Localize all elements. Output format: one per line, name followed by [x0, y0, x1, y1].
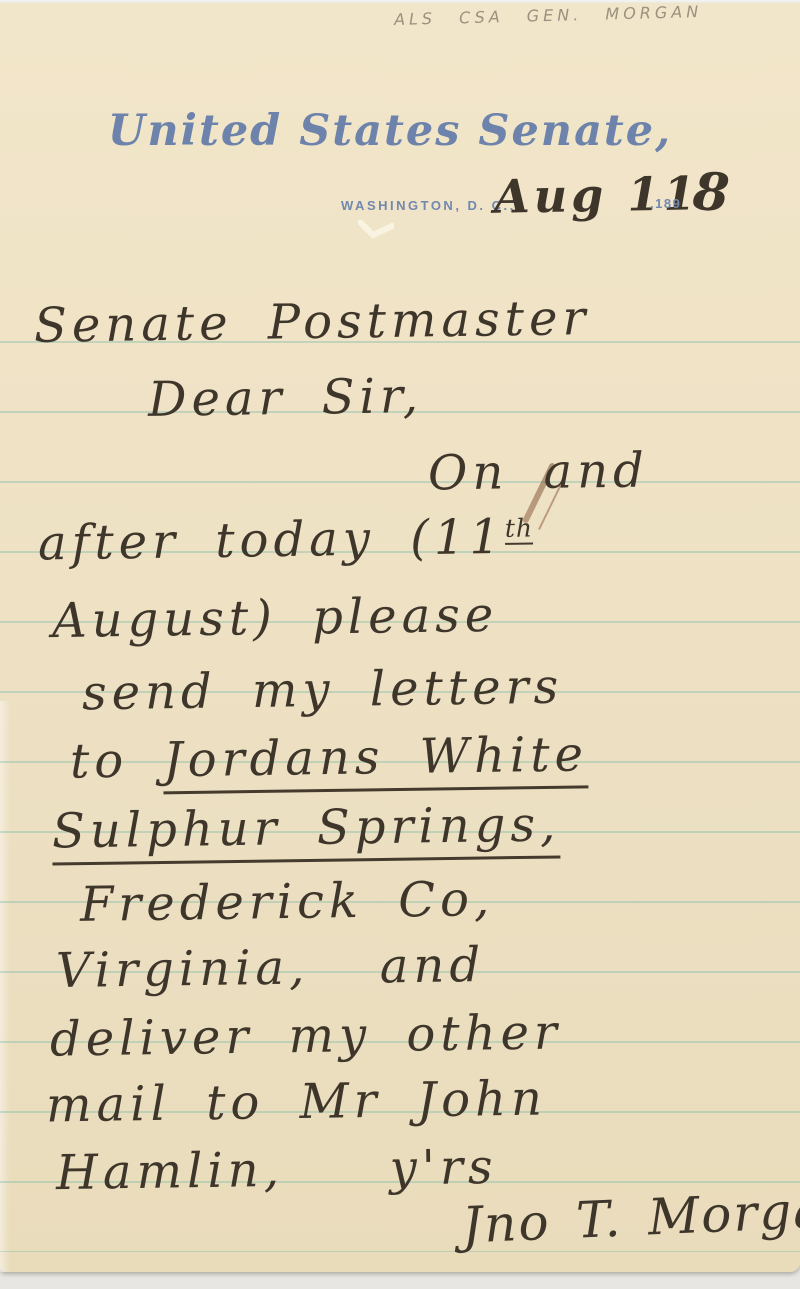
underlined-address: Jordans White: [163, 726, 588, 794]
handwritten-year-digit: 8: [691, 163, 731, 223]
letter-line: Virginia, and: [56, 939, 486, 998]
letter-line: deliver my other: [50, 1006, 563, 1066]
letterhead-title: United States Senate,: [0, 106, 780, 156]
printed-year-prefix: ,189: [650, 196, 681, 211]
letter-line: Sulphur Springs,: [52, 798, 561, 858]
letter-line: Hamlin, y'rs: [56, 1141, 498, 1200]
letter-line: after today (11th: [38, 511, 534, 571]
letter-line-recipient: Senate Postmaster: [34, 292, 591, 353]
letterhead-city-line: WASHINGTON, D. C.,: [341, 198, 516, 213]
letter-line: send my letters: [82, 661, 564, 721]
superscript-th: th: [505, 514, 534, 545]
letter-line: Frederick Co,: [80, 873, 495, 932]
scanned-letter-page: { "annotation": "ALS CSA GEN. MORGAN", "…: [0, 0, 800, 1289]
letter-line: On and: [428, 444, 649, 500]
underlined-address: Sulphur Springs,: [52, 796, 561, 865]
letter-line-text: after today (11: [38, 509, 506, 572]
letter-line: to Jordans White: [70, 728, 589, 788]
letter-line: August) please: [52, 589, 499, 648]
letter-line-salutation: Dear Sir,: [148, 370, 424, 427]
letter-line-text: to: [70, 732, 164, 789]
letter-line: mail to Mr John: [46, 1073, 548, 1133]
